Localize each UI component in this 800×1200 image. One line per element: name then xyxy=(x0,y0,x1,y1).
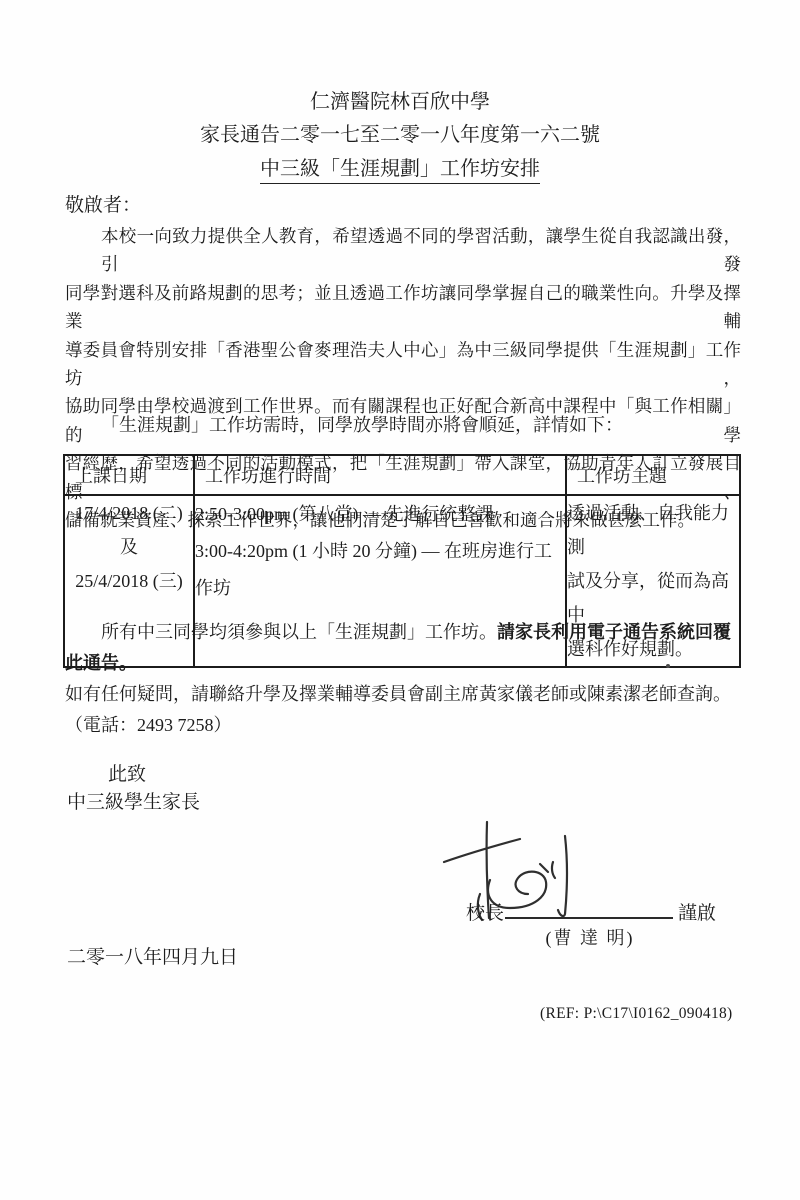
principal-label: 校長 xyxy=(466,902,504,926)
closing-paragraph: 所有中三同學均須參與以上「生涯規劃」工作坊。請家長利用電子通告系統回覆此通告。 … xyxy=(65,617,743,741)
column-header-time: 工作坊進行時間 xyxy=(194,455,566,495)
signature-line xyxy=(505,917,673,919)
mandatory-line: 所有中三同學均須參與以上「生涯規劃」工作坊。請家長利用電子通告系統回覆此通告。 xyxy=(65,617,743,679)
principal-name: (曹 達 明) xyxy=(512,924,668,950)
date-line: 及 xyxy=(65,530,193,564)
recipient-line: 中三級學生家長 xyxy=(67,791,200,815)
column-header-date: 上課日期 xyxy=(64,455,194,495)
notice-title-row: 中三級「生涯規劃」工作坊安排 xyxy=(0,157,800,184)
paragraph-line: 導委員會特別安排「香港聖公會麥理浩夫人中心」為中三級同學提供「生涯規劃」工作坊， xyxy=(65,336,741,393)
time-line: 3:00-4:20pm (1 小時 20 分鐘) — 在班房進行工作坊 xyxy=(195,533,565,607)
cc-label: 此致 xyxy=(108,763,146,787)
notice-number-line: 家長通告二零一七至二零一八年度第一六二號 xyxy=(0,123,800,147)
mandatory-sentence: 所有中三同學均須參與以上「生涯規劃」工作坊。 xyxy=(101,622,497,642)
principal-signature xyxy=(432,818,592,930)
topic-line: 透過活動、自我能力測 xyxy=(567,496,739,564)
issue-date: 二零一八年四月九日 xyxy=(67,946,238,970)
scanned-notice-page: 仁濟醫院林百欣中學 家長通告二零一七至二零一八年度第一六二號 中三級「生涯規劃」… xyxy=(0,0,800,1200)
schedule-intro-line: 「生涯規劃」工作坊需時，同學放學時間亦將會順延，詳情如下： xyxy=(65,411,741,437)
table-header-row: 上課日期 工作坊進行時間 工作坊主題 xyxy=(64,455,740,495)
date-line: 25/4/2018 (三) xyxy=(65,564,193,598)
paragraph-line: 同學對選科及前路規劃的思考；並且透過工作坊讓同學掌握自己的職業性向。升學及擇業輔 xyxy=(65,279,741,336)
notice-title: 中三級「生涯規劃」工作坊安排 xyxy=(260,157,540,184)
phone-line: （電話：2493 7258） xyxy=(65,710,743,741)
scan-speck xyxy=(666,664,670,668)
sign-off: 謹啟 xyxy=(678,902,716,926)
date-line: 17/4/2018 (二) xyxy=(65,496,193,530)
salutation: 敬啟者： xyxy=(65,194,141,218)
column-header-topic: 工作坊主題 xyxy=(566,455,740,495)
paragraph-line: 本校一向致力提供全人教育，希望透過不同的學習活動，讓學生從自我認識出發，引發 xyxy=(65,222,741,279)
enquiry-line: 如有任何疑問，請聯絡升學及擇業輔導委員會副主席黃家儀老師或陳素潔老師查詢。 xyxy=(65,679,743,710)
reference-number: (REF: P:\C17\I0162_090418) xyxy=(540,1005,733,1023)
time-line: 2:50-3:00pm (第八堂) — 先進行統整課 xyxy=(195,496,565,533)
school-name: 仁濟醫院林百欣中學 xyxy=(0,90,800,114)
